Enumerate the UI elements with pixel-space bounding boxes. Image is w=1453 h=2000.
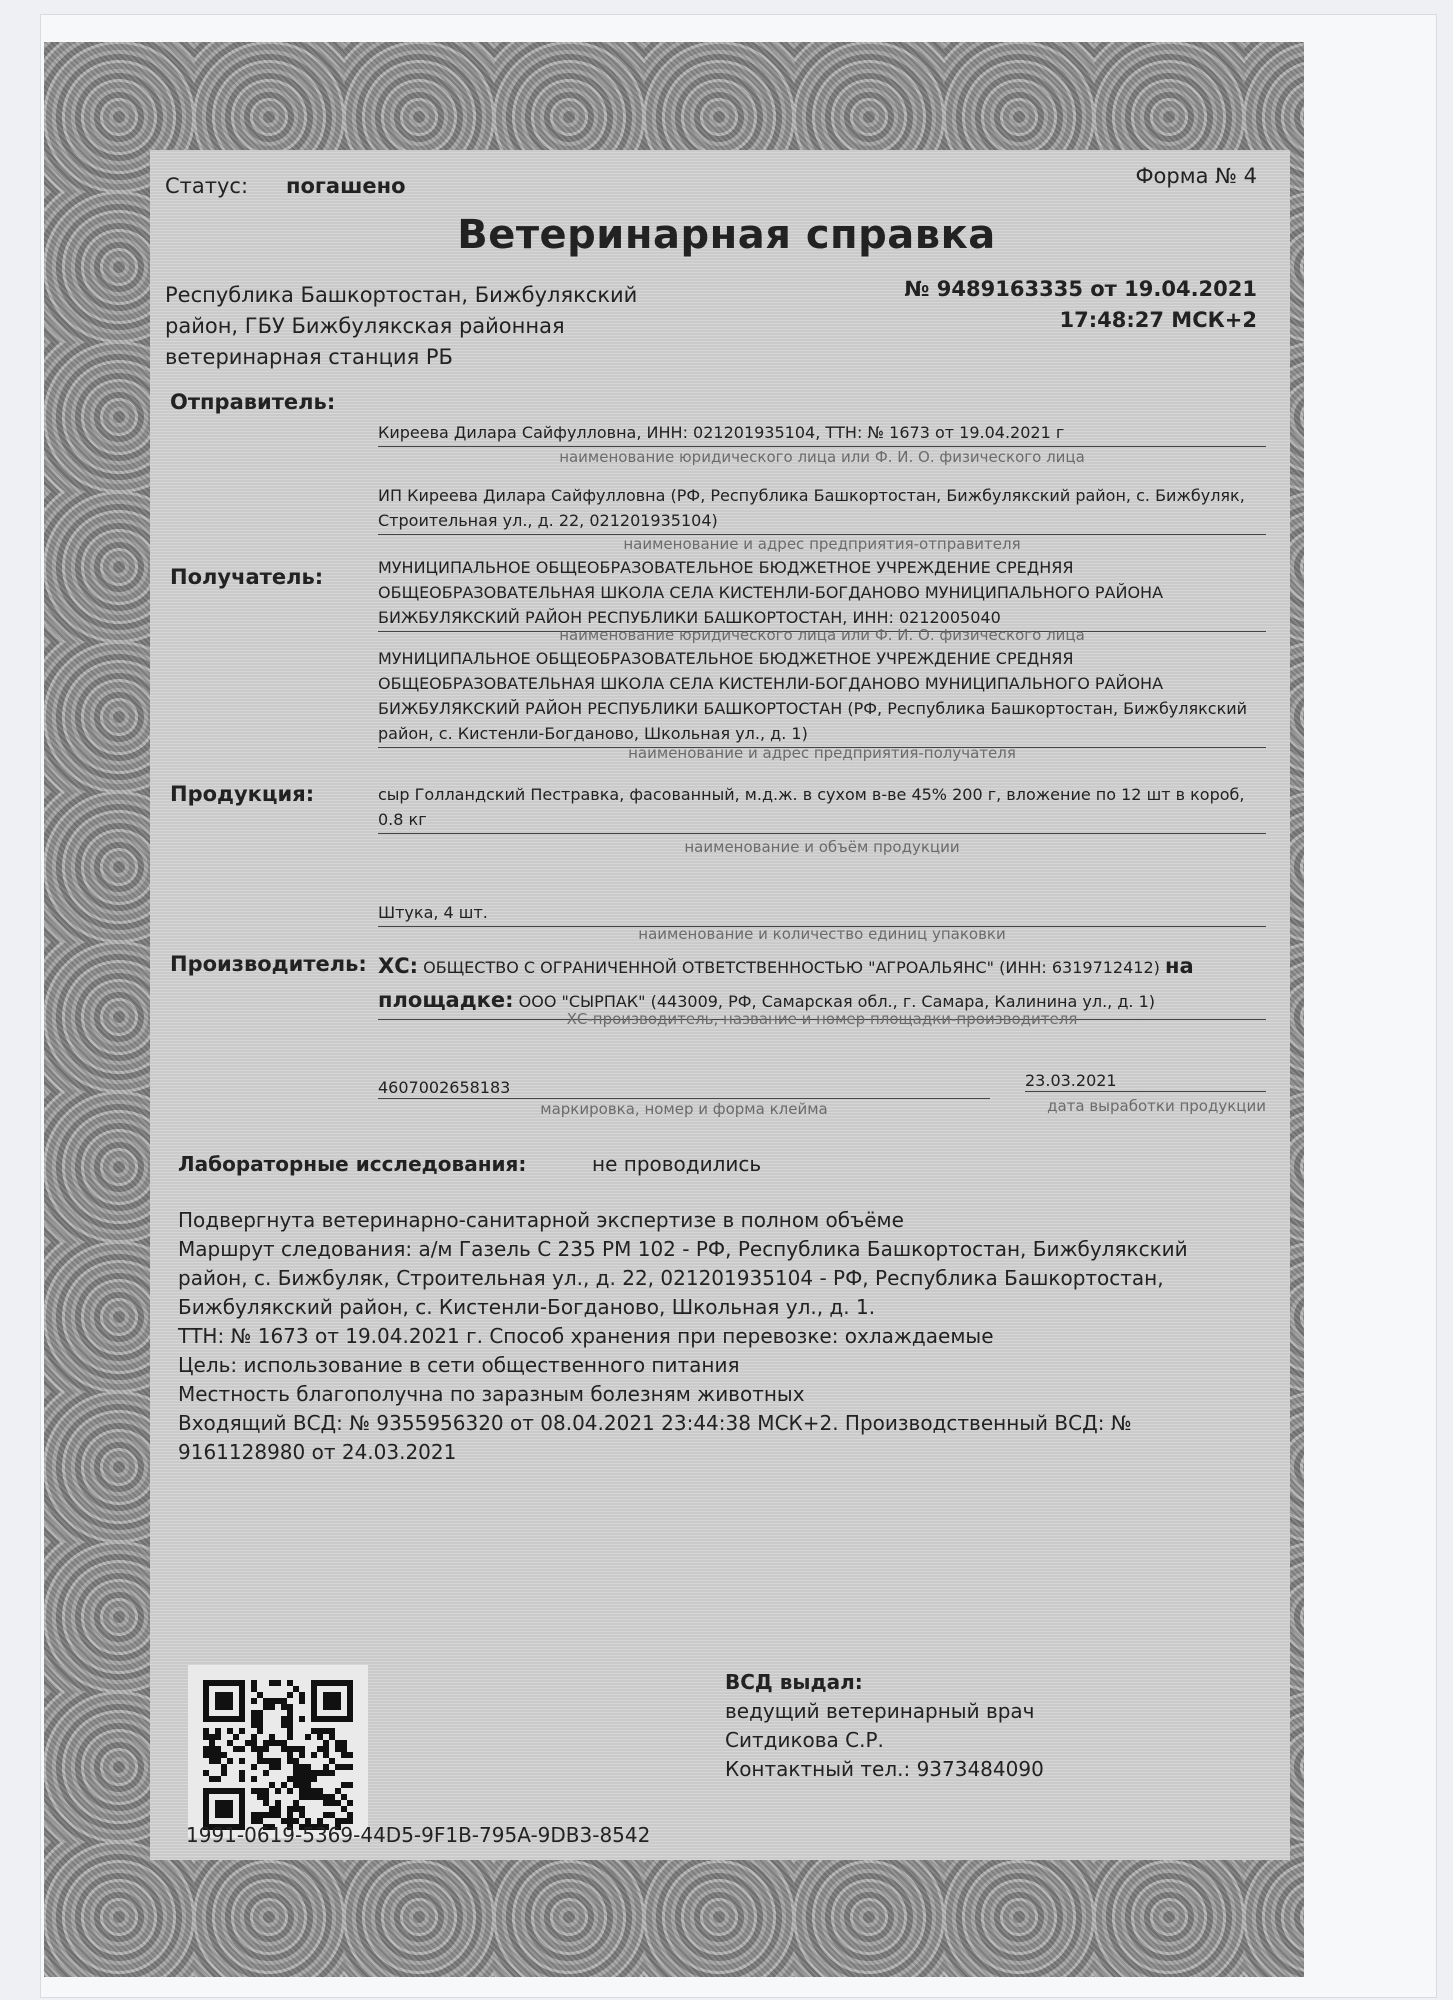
xs-label: ХС: xyxy=(378,954,418,978)
sender-enterprise-caption: наименование и адрес предприятия-отправи… xyxy=(378,535,1266,553)
product-name-caption: наименование и объём продукции xyxy=(378,838,1266,856)
recipient-label: Получатель: xyxy=(170,565,323,589)
marking: 4607002658183 xyxy=(378,1078,990,1099)
issuer-position: ведущий ветеринарный врач xyxy=(725,1697,1044,1726)
status-value: погашено xyxy=(286,174,406,198)
issuer-name: Ситдикова С.Р. xyxy=(725,1726,1044,1755)
document-number: № 9489163335 от 19.04.2021 xyxy=(904,274,1257,305)
note-line: ТТН: № 1673 от 19.04.2021 г. Способ хран… xyxy=(178,1322,1278,1351)
note-line: Входящий ВСД: № 9355956320 от 08.04.2021… xyxy=(178,1409,1278,1438)
document-uuid: 1991-0619-5369-44D5-9F1B-795A-9DB3-8542 xyxy=(186,1823,650,1847)
qr-code-icon xyxy=(188,1665,368,1838)
site-label-na: на xyxy=(1165,954,1194,978)
issuer-phone: Контактный тел.: 9373484090 xyxy=(725,1755,1044,1784)
packaging: Штука, 4 шт. xyxy=(378,900,1266,927)
packaging-caption: наименование и количество единиц упаковк… xyxy=(378,925,1266,943)
recipient-enterprise: МУНИЦИПАЛЬНОЕ ОБЩЕОБРАЗОВАТЕЛЬНОЕ БЮДЖЕТ… xyxy=(378,646,1266,748)
form-number: Форма № 4 xyxy=(1135,164,1257,188)
recipient-name-caption: наименование юридического лица или Ф. И.… xyxy=(378,626,1266,644)
note-line: 9161128980 от 24.03.2021 xyxy=(178,1438,1278,1467)
document-number-block: № 9489163335 от 19.04.2021 17:48:27 МСК+… xyxy=(904,274,1257,336)
product-name: сыр Голландский Пестравка, фасованный, м… xyxy=(378,782,1266,834)
sender-label: Отправитель: xyxy=(170,390,335,414)
sender-name-caption: наименование юридического лица или Ф. И.… xyxy=(378,448,1266,466)
note-line: Местность благополучна по заразным болез… xyxy=(178,1380,1278,1409)
recipient-enterprise-caption: наименование и адрес предприятия-получат… xyxy=(378,744,1266,762)
recipient-name: МУНИЦИПАЛЬНОЕ ОБЩЕОБРАЗОВАТЕЛЬНОЕ БЮДЖЕТ… xyxy=(378,555,1266,632)
note-line: Подвергнута ветеринарно-санитарной экспе… xyxy=(178,1206,1278,1235)
marking-caption: маркировка, номер и форма клейма xyxy=(378,1100,990,1118)
producer-label: Производитель: xyxy=(170,952,367,976)
product-label: Продукция: xyxy=(170,782,314,806)
issuing-authority: Республика Башкортостан, Бижбулякский ра… xyxy=(165,280,685,373)
lab-value: не проводились xyxy=(592,1152,761,1176)
status-label: Статус: xyxy=(165,174,248,198)
lab-label: Лабораторные исследования: xyxy=(178,1152,526,1176)
note-line: район, с. Бижбуляк, Строительная ул., д.… xyxy=(178,1264,1278,1293)
producer-caption: ХС-производитель, название и номер площа… xyxy=(378,1010,1266,1028)
xs-value: ОБЩЕСТВО С ОГРАНИЧЕННОЙ ОТВЕТСТВЕННОСТЬЮ… xyxy=(423,958,1160,977)
issuer-block: ВСД выдал: ведущий ветеринарный врач Сит… xyxy=(725,1668,1044,1784)
production-date: 23.03.2021 xyxy=(1025,1071,1266,1092)
sender-enterprise: ИП Киреева Дилара Сайфулловна (РФ, Респу… xyxy=(378,483,1266,535)
note-line: Маршрут следования: а/м Газель С 235 РМ … xyxy=(178,1235,1278,1264)
note-line: Бижбулякский район, с. Кистенли-Богданов… xyxy=(178,1293,1278,1322)
document-title: Ветеринарная справка xyxy=(0,212,1453,258)
document-time: 17:48:27 МСК+2 xyxy=(904,305,1257,336)
site-label-ploshchadke: площадке: xyxy=(378,988,514,1012)
production-date-caption: дата выработки продукции xyxy=(1025,1097,1266,1115)
sender-name: Киреева Дилара Сайфулловна, ИНН: 0212019… xyxy=(378,420,1266,447)
issued-by-label: ВСД выдал: xyxy=(725,1668,1044,1697)
notes-block: Подвергнута ветеринарно-санитарной экспе… xyxy=(178,1206,1278,1467)
site-value: ООО "СЫРПАК" (443009, РФ, Самарская обл.… xyxy=(519,992,1155,1011)
note-line: Цель: использование в сети общественного… xyxy=(178,1351,1278,1380)
